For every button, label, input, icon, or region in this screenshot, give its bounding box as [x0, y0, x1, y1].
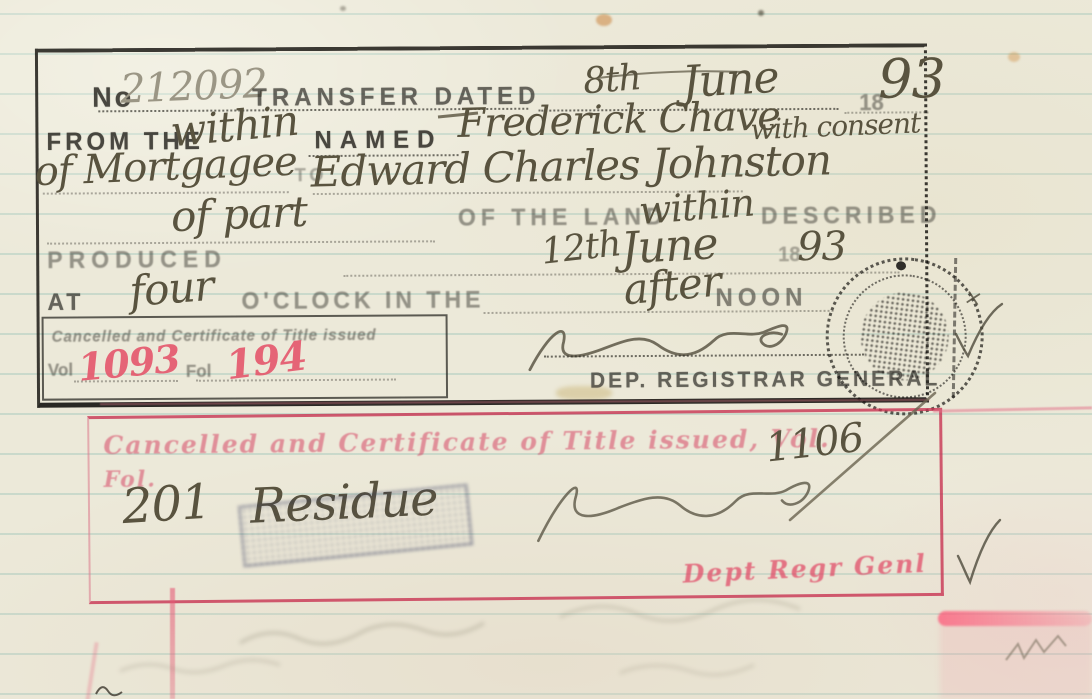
handwritten-meridiem: after	[621, 256, 723, 314]
ink-speck	[340, 6, 346, 11]
dept-reg-genl-red: Dept Regr Genl	[682, 549, 927, 589]
handwritten-of-mortgagee: of Mortgagee	[34, 139, 298, 196]
handwritten-year-2: 93	[797, 224, 846, 270]
label-vol: Vol	[48, 360, 73, 381]
cancellation-box-red: Cancelled and Certificate of Title issue…	[87, 408, 944, 604]
bleed-through-ghost	[0, 595, 1092, 699]
rust-stain	[596, 14, 612, 26]
handwritten-hour: four	[128, 261, 215, 316]
rust-stain	[1008, 52, 1020, 62]
label-noon: NOON	[715, 283, 807, 313]
handwritten-day-2: 12th	[539, 223, 623, 273]
leader-line	[544, 354, 864, 358]
label-at: AT	[47, 288, 84, 316]
stray-ink-mark	[92, 678, 128, 698]
cancel-red-line1: Cancelled and Certificate of Title issue…	[103, 424, 831, 460]
scanned-register-page: No 212092 TRANSFER DATED 8th June 18 93 …	[0, 0, 1092, 699]
label-described: DESCRIBED	[761, 201, 942, 230]
handwritten-of-part: of part	[170, 187, 308, 242]
pink-border-extension	[933, 406, 1092, 412]
handwritten-day: 8th	[582, 57, 643, 102]
ink-speck	[758, 10, 764, 16]
handwritten-vol-number-red-box: 1106	[763, 415, 865, 472]
pink-vertical-line-2	[85, 642, 98, 699]
leader-line	[196, 379, 396, 382]
leader-line	[47, 240, 435, 244]
cancellation-box-black: Cancelled and Certificate of Title issue…	[42, 314, 449, 400]
pink-wash	[940, 615, 1092, 699]
pink-vertical-line	[170, 588, 175, 699]
handwritten-year: 93	[878, 47, 945, 110]
registrar-signature-red-box	[530, 464, 841, 551]
seal-ink-blot	[895, 261, 906, 271]
ink-cross: ×	[962, 284, 985, 312]
handwritten-fol-number-red-box: 201	[120, 474, 212, 535]
checkmark-2	[952, 516, 1004, 588]
transfer-stamp-box: No 212092 TRANSFER DATED 8th June 18 93 …	[35, 43, 929, 407]
label-oclock: O'CLOCK IN THE	[241, 285, 484, 315]
